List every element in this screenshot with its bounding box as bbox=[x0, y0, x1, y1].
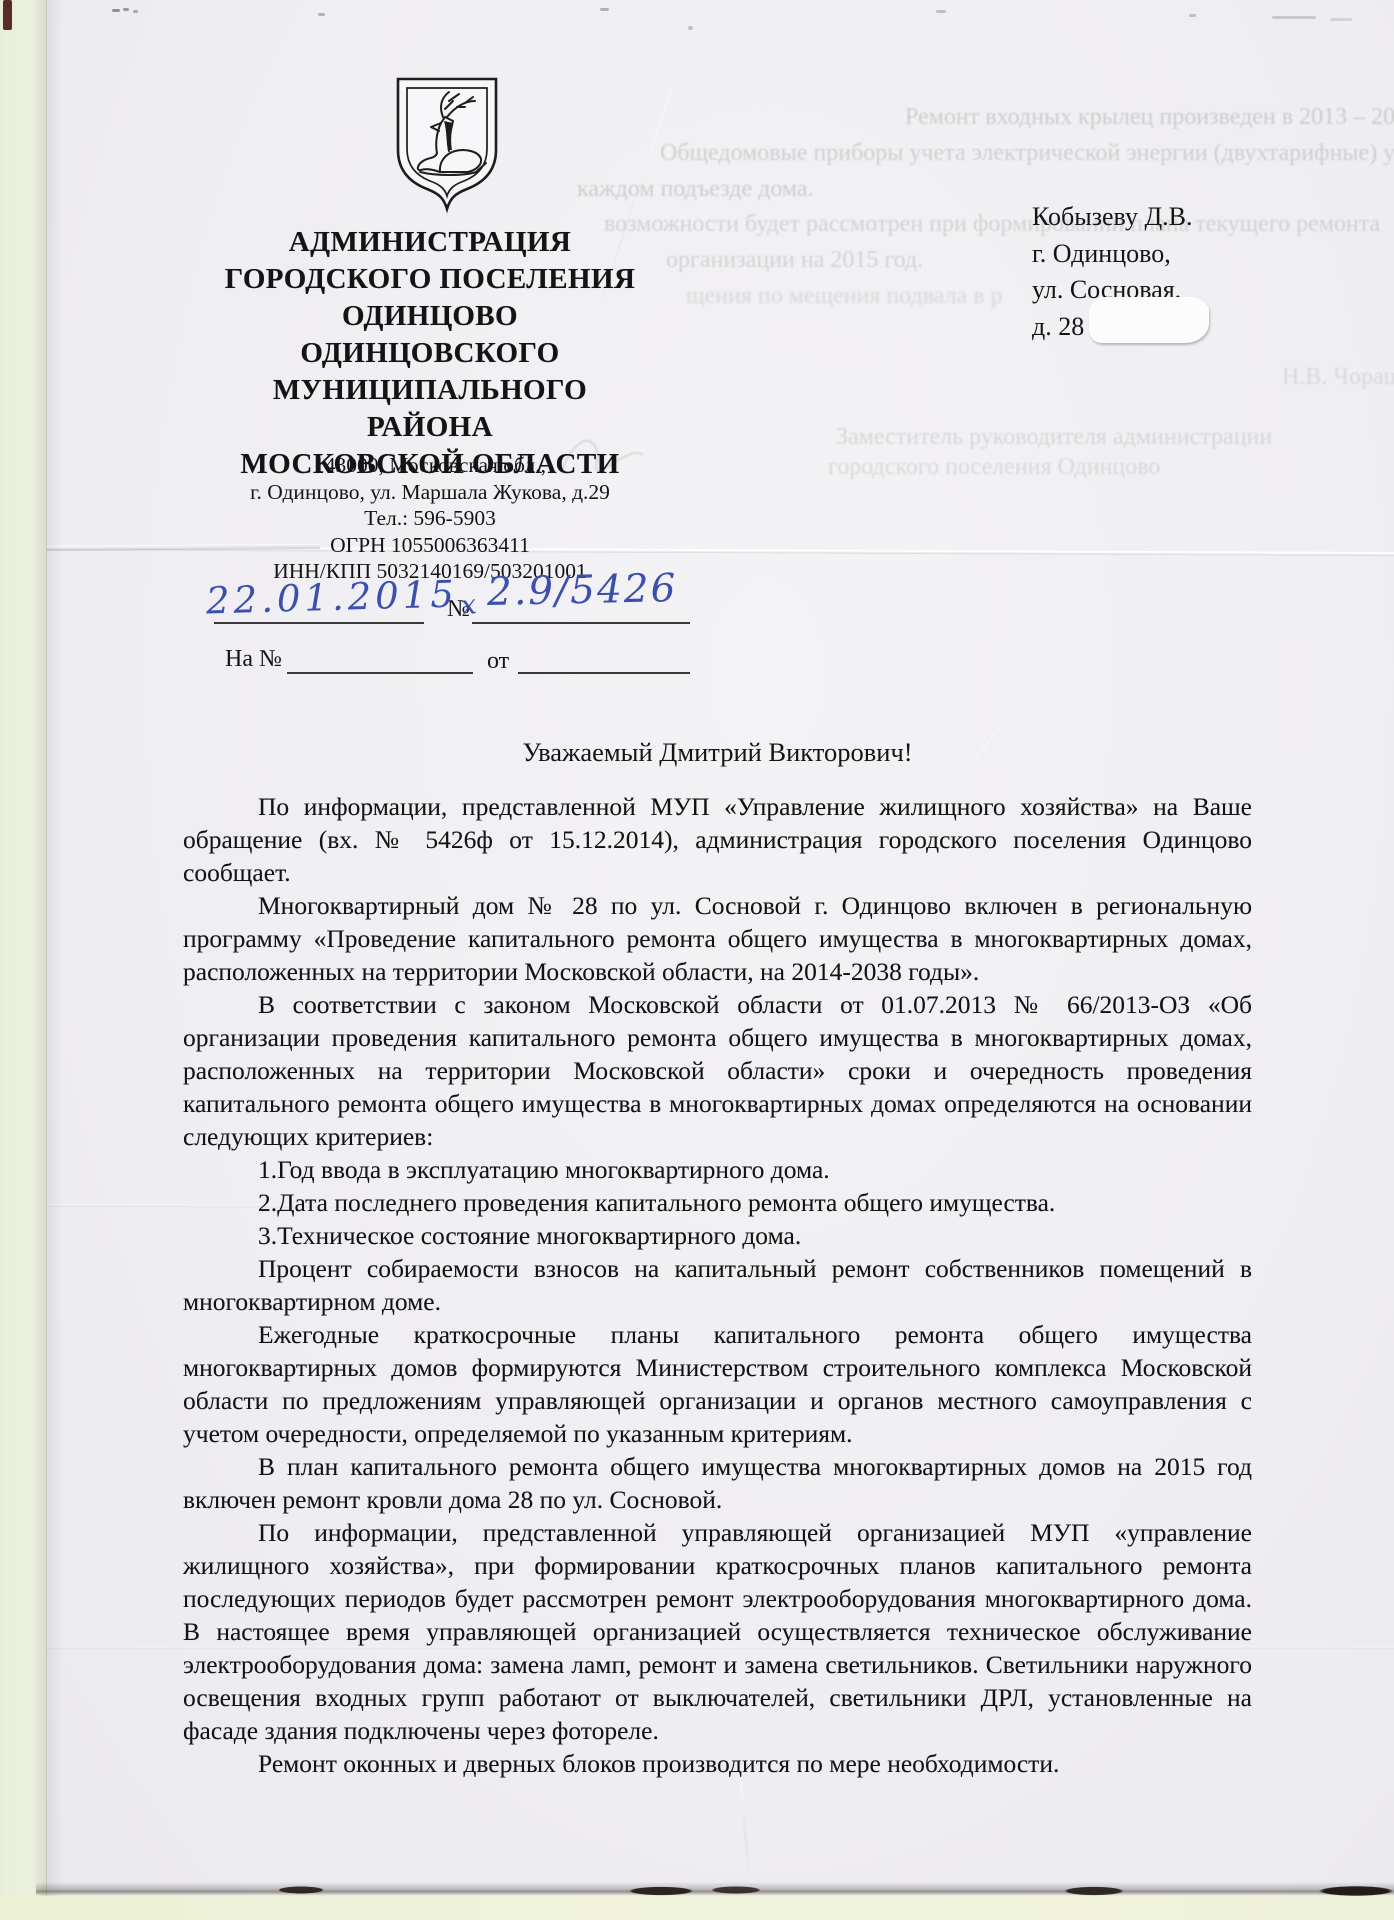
postal-address-line: Тел.: 596-5903 bbox=[218, 505, 642, 532]
body-list-item: 2.Дата последнего проведения капитальног… bbox=[183, 1186, 1252, 1219]
reg-number-rule bbox=[472, 622, 690, 624]
reg-number-stray-mark: х bbox=[459, 589, 478, 622]
letterhead-address: 143000, Московская обл., г. Одинцово, ул… bbox=[218, 452, 642, 585]
scan-artifact bbox=[1330, 18, 1352, 21]
bleedthrough-line: Общедомовые приборы учета электрической … bbox=[660, 140, 1394, 167]
salutation: Уважаемый Дмитрий Викторович! bbox=[183, 737, 1252, 768]
scan-artifact bbox=[123, 8, 129, 11]
body-list-item: 3.Техническое состояние многоквартирного… bbox=[183, 1219, 1252, 1252]
scan-artifact bbox=[1189, 14, 1196, 17]
postal-address-line: г. Одинцово, ул. Маршала Жукова, д.29 bbox=[218, 479, 642, 506]
bleedthrough-line: возможности будет рассмотрен при формиро… bbox=[604, 211, 1380, 238]
bleedthrough-line: Ремонт входных крылец произведен в 2013 … bbox=[905, 104, 1394, 131]
from-label: от bbox=[487, 648, 509, 675]
redaction-blob bbox=[1089, 297, 1209, 343]
reg-date-rule bbox=[214, 622, 424, 624]
org-name-line: ГОРОДСКОГО ПОСЕЛЕНИЯ bbox=[218, 261, 642, 298]
reply-to-label: На № bbox=[225, 646, 282, 673]
scan-artifact bbox=[936, 10, 946, 13]
body-paragraph: Процент собираемости взносов на капиталь… bbox=[183, 1252, 1252, 1318]
body-paragraph: Ежегодные краткосрочные планы капитально… bbox=[183, 1318, 1252, 1450]
scanner-edge-bottom bbox=[0, 1896, 1394, 1920]
scanner-edge-left bbox=[0, 0, 47, 1920]
org-name-line: АДМИНИСТРАЦИЯ bbox=[218, 224, 642, 261]
scan-artifact bbox=[112, 9, 120, 12]
scan-artifact bbox=[3, 0, 12, 30]
from-rule bbox=[518, 672, 690, 674]
bleedthrough-line: каждом подъезде дома. bbox=[577, 176, 814, 203]
body-paragraph: Многоквартирный дом № 28 по ул. Сосновой… bbox=[183, 889, 1252, 988]
paper-bottom-edge bbox=[36, 1879, 1394, 1897]
scanned-letter-page: Ремонт входных крылец произведен в 2013 … bbox=[0, 0, 1394, 1920]
org-name-line: МУНИЦИПАЛЬНОГО РАЙОНА bbox=[218, 372, 642, 446]
scan-artifact bbox=[133, 10, 138, 13]
scan-artifact bbox=[1272, 16, 1316, 19]
scan-artifact bbox=[318, 13, 325, 16]
body-paragraph: В соответствии с законом Московской обла… bbox=[183, 988, 1252, 1153]
postal-address-line: ОГРН 1055006363411 bbox=[218, 532, 642, 559]
scan-artifact bbox=[600, 8, 609, 11]
body-list-item: 1.Год ввода в эксплуатацию многоквартирн… bbox=[183, 1153, 1252, 1186]
scan-artifact bbox=[688, 26, 693, 30]
reply-to-rule bbox=[287, 672, 473, 674]
reg-number-handwritten: 2.9/5426 bbox=[487, 566, 678, 615]
shield-outline bbox=[398, 79, 496, 209]
recipient-name: Кобызеву Д.В. bbox=[1032, 199, 1193, 236]
reg-date-handwritten: 22.01.2015 bbox=[205, 572, 458, 622]
bleedthrough-signer-title: Заместитель руководителя администрации bbox=[836, 424, 1272, 451]
paper-edge-shadow bbox=[47, 0, 63, 1920]
bleedthrough-line: организации на 2015 год. bbox=[666, 247, 923, 274]
coat-of-arms bbox=[386, 72, 508, 218]
recipient-city: г. Одинцово, bbox=[1032, 236, 1193, 273]
org-name-line: ОДИНЦОВО bbox=[218, 298, 642, 335]
body-paragraph: Ремонт оконных и дверных блоков производ… bbox=[183, 1747, 1252, 1780]
letterhead-org-name: АДМИНИСТРАЦИЯ ГОРОДСКОГО ПОСЕЛЕНИЯ ОДИНЦ… bbox=[218, 224, 642, 483]
body-paragraph: В план капитального ремонта общего имуще… bbox=[183, 1450, 1252, 1516]
bleedthrough-signer-name: Н.В. Чораш bbox=[1282, 364, 1394, 391]
letter-body: По информации, представленной МУП «Управ… bbox=[183, 790, 1252, 1780]
bleedthrough-line: щения по мещения подвала в р bbox=[686, 283, 1003, 310]
org-name-line: ОДИНЦОВСКОГО bbox=[218, 335, 642, 372]
body-paragraph: По информации, представленной управляюще… bbox=[183, 1516, 1252, 1747]
body-paragraph: По информации, представленной МУП «Управ… bbox=[183, 790, 1252, 889]
bleedthrough-signer-title: городского поселения Одинцово bbox=[828, 454, 1160, 481]
postal-address-line: 143000, Московская обл., bbox=[218, 452, 642, 479]
